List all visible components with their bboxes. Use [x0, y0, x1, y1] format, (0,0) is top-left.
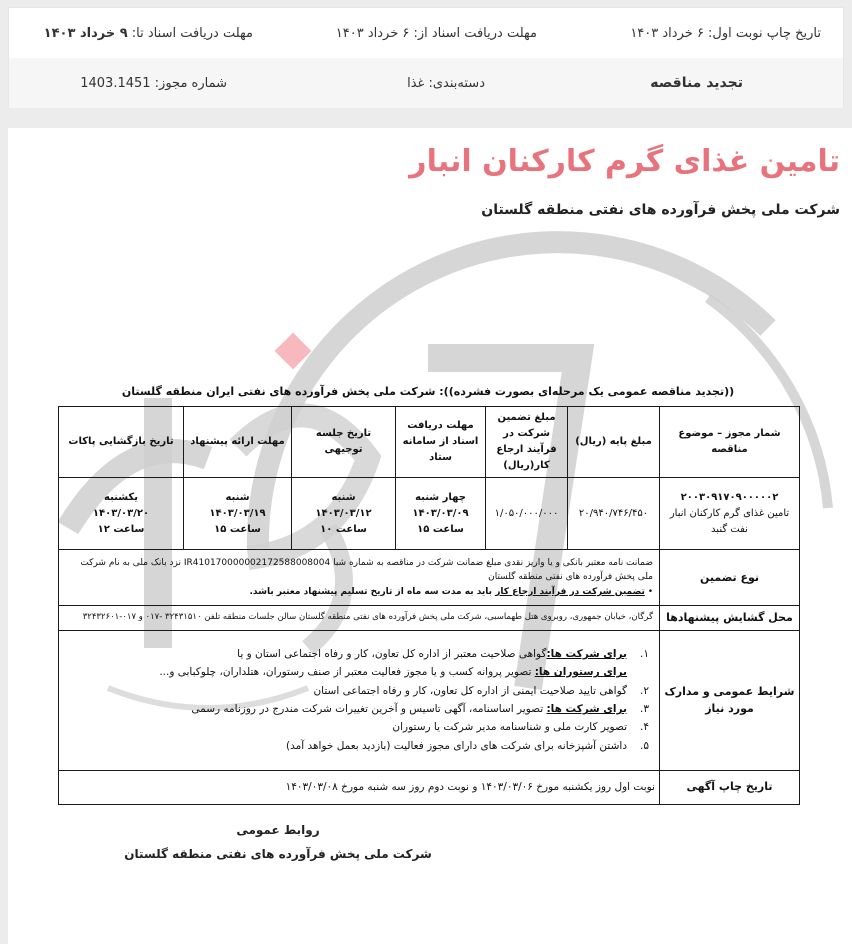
guarantee-label: نوع تضمین: [660, 550, 800, 606]
guarantee-line-2: • تضمین شرکت در فرآیند ارجاع کار باید به…: [65, 585, 653, 599]
doc-deadline-date: ۱۴۰۳/۰۳/۰۹: [400, 506, 481, 522]
print-dates-row: تاریخ چاپ آگهی نوبت اول روز یکشنبه مورخ …: [59, 770, 800, 804]
guarantee-line-1: ضمانت نامه معتبر بانکی و یا واریز نقدی م…: [65, 556, 653, 585]
tender-category: دسته‌بندی: غذا: [267, 76, 525, 91]
cell-permit-subject: ۲۰۰۳۰۹۱۷۰۹۰۰۰۰۰۲ تامین غذای گرم کارکنان …: [660, 478, 800, 550]
condition-item: برای رستوران ها: تصویر پروانه کسب و یا م…: [65, 663, 653, 681]
header-offer-deadline: مهلت ارائه پیشنهاد: [184, 407, 292, 478]
tender-type: تجدید مناقصه: [525, 75, 843, 91]
print-dates-text: نوبت اول روز یکشنبه مورخ ۱۴۰۳/۰۳/۰۶ و نو…: [59, 770, 660, 804]
header-doc-deadline: مهلت دریافت اسناد از سامانه ستاد: [396, 407, 486, 478]
document-title: ((تجدید مناقصه عمومی یک مرحله‌ای بصورت ف…: [58, 385, 798, 398]
cell-base-amount: ۲۰/۹۴۰/۷۴۶/۴۵۰: [568, 478, 660, 550]
print-dates-label: تاریخ چاپ آگهی: [660, 770, 800, 804]
opening-place-row: محل گشایش پیشنهادها گرگان، خیابان جمهوری…: [59, 606, 800, 631]
info-row-dates: تاریخ چاپ نوبت اول: ۶ خرداد ۱۴۰۳ مهلت در…: [9, 8, 843, 58]
conditions-row: شرایط عمومی و مدارک مورد نیاز ۱.برای شرک…: [59, 630, 800, 770]
guarantee-line-2-rest: باید به مدت سه ماه از تاریخ تسلیم پیشنها…: [249, 587, 495, 597]
condition-item: ۳.برای شرکت ها: تصویر اساسنامه، آگهی تاس…: [65, 700, 653, 718]
header-base-amount: مبلغ پایه (ریال): [568, 407, 660, 478]
conditions-list: ۱.برای شرکت ها:گواهی صلاحیت معتبر از ادا…: [65, 645, 653, 755]
opening-time: ساعت ۱۲: [63, 522, 179, 538]
table-row: ۲۰۰۳۰۹۱۷۰۹۰۰۰۰۰۲ تامین غذای گرم کارکنان …: [59, 478, 800, 550]
guarantee-details: ضمانت نامه معتبر بانکی و یا واریز نقدی م…: [59, 550, 660, 606]
doc-receive-until-label: مهلت دریافت اسناد تا:: [128, 26, 253, 41]
cell-briefing-date: شنبه ۱۴۰۳/۰۳/۱۲ ساعت ۱۰: [292, 478, 396, 550]
cell-offer-deadline: شنبه ۱۴۰۳/۰۳/۱۹ ساعت ۱۵: [184, 478, 292, 550]
offer-deadline-time: ساعت ۱۵: [188, 522, 287, 538]
doc-receive-until: مهلت دریافت اسناد تا: ۹ خرداد ۱۴۰۳: [9, 26, 293, 41]
guarantee-line-2-bold: تضمین شرکت در فرآیند ارجاع کار: [495, 587, 645, 597]
info-row-meta: تجدید مناقصه دسته‌بندی: غذا شماره مجوز: …: [9, 58, 843, 108]
briefing-date: ۱۴۰۳/۰۳/۱۲: [296, 506, 391, 522]
cell-doc-deadline: چهار شنبه ۱۴۰۳/۰۳/۰۹ ساعت ۱۵: [396, 478, 486, 550]
header-permit-subject: شمار مجوز – موضوع مناقصه: [660, 407, 800, 478]
signature-block: روابط عمومی شرکت ملی پخش فرآورده های نفت…: [88, 818, 468, 866]
header-briefing-date: تاریخ جلسه توجیهی: [292, 407, 396, 478]
permit-number: شماره مجوز: 1403.1451: [9, 76, 267, 91]
table-header-row: شمار مجوز – موضوع مناقصه مبلغ پایه (ریال…: [59, 407, 800, 478]
opening-date: ۱۴۰۳/۰۳/۲۰: [63, 506, 179, 522]
doc-deadline-time: ساعت ۱۵: [400, 522, 481, 538]
header-opening-date: تاریخ بازگشایی پاکات: [59, 407, 184, 478]
opening-place-label: محل گشایش پیشنهادها: [660, 606, 800, 631]
opening-day: یکشنبه: [63, 490, 179, 506]
tender-table: شمار مجوز – موضوع مناقصه مبلغ پایه (ریال…: [58, 406, 800, 805]
tender-number: ۲۰۰۳۰۹۱۷۰۹۰۰۰۰۰۲: [664, 490, 795, 506]
tender-content-card: تامین غذای گرم کارکنان انبار شرکت ملی پخ…: [8, 128, 852, 944]
condition-item: ۱.برای شرکت ها:گواهی صلاحیت معتبر از ادا…: [65, 645, 653, 663]
opening-place-text: گرگان، خیابان جمهوری، روبروی هتل طهماسبی…: [59, 606, 660, 631]
tender-info-card: تاریخ چاپ نوبت اول: ۶ خرداد ۱۴۰۳ مهلت در…: [8, 7, 844, 107]
signature-company: شرکت ملی پخش فرآورده های نفتی منطقه گلست…: [88, 842, 468, 866]
company-name: شرکت ملی پخش فرآورده های نفتی منطقه گلست…: [481, 202, 840, 218]
condition-item: ۲.گواهی تایید صلاحیت ایمنی از اداره کل ت…: [65, 682, 653, 700]
conditions-label: شرایط عمومی و مدارک مورد نیاز: [660, 630, 800, 770]
briefing-time: ساعت ۱۰: [296, 522, 391, 538]
briefing-day: شنبه: [296, 490, 391, 506]
conditions-list-cell: ۱.برای شرکت ها:گواهی صلاحیت معتبر از ادا…: [59, 630, 660, 770]
offer-deadline-day: شنبه: [188, 490, 287, 506]
condition-item: ۵.داشتن آشپزخانه برای شرکت های دارای مجو…: [65, 737, 653, 755]
signature-department: روابط عمومی: [88, 818, 468, 842]
tender-subject: تامین غذای گرم کارکنان انبار نفت گنبد: [664, 506, 795, 538]
guarantee-row: نوع تضمین ضمانت نامه معتبر بانکی و یا وا…: [59, 550, 800, 606]
cell-opening-date: یکشنبه ۱۴۰۳/۰۳/۲۰ ساعت ۱۲: [59, 478, 184, 550]
doc-receive-from: مهلت دریافت اسناد از: ۶ خرداد ۱۴۰۳: [293, 26, 577, 41]
offer-deadline-date: ۱۴۰۳/۰۳/۱۹: [188, 506, 287, 522]
cell-guarantee-amount: ۱/۰۵۰/۰۰۰/۰۰۰: [486, 478, 568, 550]
header-guarantee-amount: مبلغ تضمین شرکت در فرآیند ارجاع کار(ریال…: [486, 407, 568, 478]
tender-headline: تامین غذای گرم کارکنان انبار: [409, 144, 840, 179]
doc-receive-until-value: ۹ خرداد ۱۴۰۳: [44, 26, 128, 41]
first-print-date: تاریخ چاپ نوبت اول: ۶ خرداد ۱۴۰۳: [577, 26, 843, 41]
doc-deadline-day: چهار شنبه: [400, 490, 481, 506]
condition-item: ۴.تصویر کارت ملی و شناسنامه مدیر شرکت یا…: [65, 718, 653, 736]
